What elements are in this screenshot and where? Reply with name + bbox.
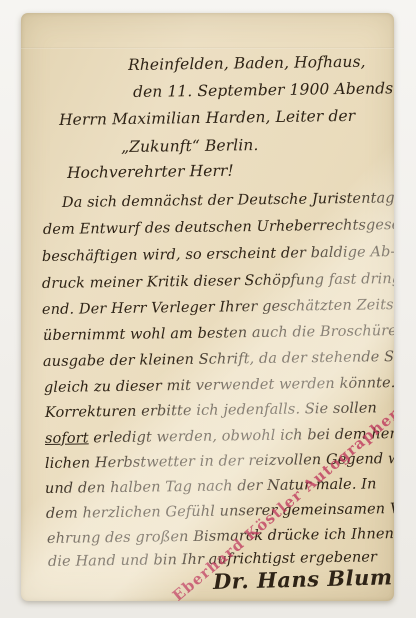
body-line: gleich zu dieser mit verwendet werden kö…	[44, 375, 394, 396]
body-line: end. Der Herr Verleger Ihrer geschätzten…	[42, 297, 394, 318]
letter-photo: Rheinfelden, Baden, Hofhaus, den 11. Sep…	[0, 0, 416, 618]
body-line: beschäftigen wird, so erscheint der bald…	[42, 244, 394, 265]
date-line: den 11. September 1900 Abends.	[133, 79, 394, 101]
body-line: lichen Herbstwetter in der reizvollen Ge…	[45, 450, 394, 472]
recipient-line: „Zukunft“ Berlin.	[121, 136, 259, 156]
body-line: ehrung des großen Bismarck drücke ich Ih…	[47, 526, 394, 547]
body-line: druck meiner Kritik dieser Schöpfung fas…	[42, 271, 394, 292]
body-line: und den halben Tag nach der Natur male. …	[45, 476, 377, 497]
place-line: Rheinfelden, Baden, Hofhaus,	[128, 53, 366, 74]
salutation-line: Hochverehrter Herr!	[67, 162, 234, 182]
body-line-rest: erledigt werden, obwohl ich bei dem herr…	[89, 426, 394, 446]
underlined-word: sofort	[45, 430, 89, 447]
body-line: ausgabe der kleinen Schrift, da der steh…	[43, 349, 394, 370]
body-line: Korrekturen erbitte ich jedenfalls. Sie …	[45, 400, 377, 421]
body-line: Da sich demnächst der Deutsche Juristent…	[62, 190, 394, 211]
body-line: sofort erledigt werden, obwohl ich bei d…	[45, 426, 394, 447]
letter-paper: Rheinfelden, Baden, Hofhaus, den 11. Sep…	[21, 13, 394, 601]
paper-crease	[21, 47, 394, 49]
body-line: dem Entwurf des deutschen Urheberrechtsg…	[43, 217, 394, 238]
body-line: dem herzlichen Gefühl unserer gemeinsame…	[46, 501, 394, 522]
signature: Dr. Hans Blum.	[213, 564, 394, 594]
body-line: übernimmt wohl am besten auch die Brosch…	[43, 323, 394, 344]
recipient-line: Herrn Maximilian Harden, Leiter der	[59, 107, 355, 129]
